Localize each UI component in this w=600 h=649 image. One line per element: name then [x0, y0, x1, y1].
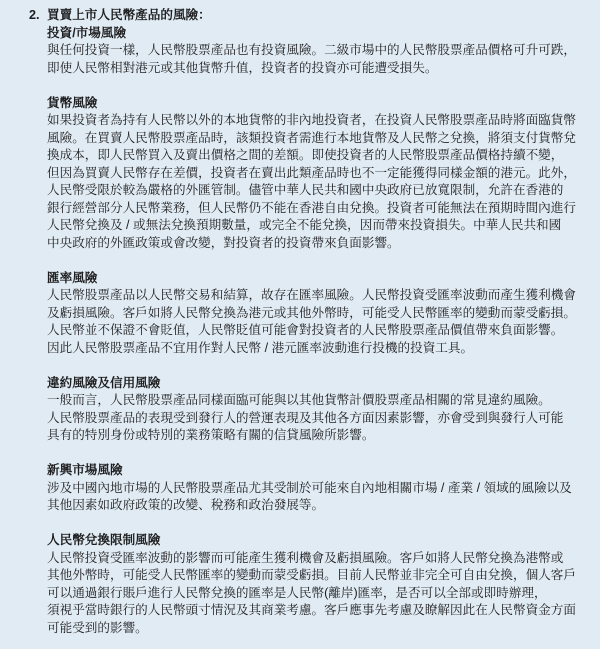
risk-section-2: 貨幣風險如果投資者為持有人民幣以外的本地貨幣的非內地投資者，在投資人民幣股票產品… — [47, 95, 585, 253]
risk-section-1: 投資/市場風險與任何投資一樣，人民幣股票產品也有投資風險。二級市場中的人民幣股票… — [47, 25, 585, 78]
item-content: 買賣上市人民幣產品的風險： 投資/市場風險與任何投資一樣，人民幣股票產品也有投資… — [47, 7, 585, 637]
section-body: 人民幣股票產品以人民幣交易和結算，故存在匯率風險。人民幣投資受匯率波動而產生獲利… — [47, 287, 585, 357]
section-body: 如果投資者為持有人民幣以外的本地貨幣的非內地投資者，在投資人民幣股票產品時將面臨… — [47, 112, 585, 252]
section-heading: 人民幣兌換限制風險 — [47, 532, 585, 550]
section-heading: 新興市場風險 — [47, 462, 585, 480]
section-heading: 貨幣風險 — [47, 95, 585, 113]
section-heading: 違約風險及信用風險 — [47, 375, 585, 393]
risk-section-3: 匯率風險人民幣股票產品以人民幣交易和結算，故存在匯率風險。人民幣投資受匯率波動而… — [47, 270, 585, 358]
section-body: 與任何投資一樣，人民幣股票產品也有投資風險。二級市場中的人民幣股票產品價格可升可… — [47, 42, 585, 77]
risk-section-5: 新興市場風險涉及中國內地市場的人民幣股票產品尤其受制於可能來自內地相關市場 / … — [47, 462, 585, 515]
section-body: 人民幣投資受匯率波動的影響而可能產生獲利機會及虧損風險。客戶如將人民幣兌換為港幣… — [47, 550, 585, 638]
section-heading: 匯率風險 — [47, 270, 585, 288]
numbered-item: 2. 買賣上市人民幣產品的風險： 投資/市場風險與任何投資一樣，人民幣股票產品也… — [29, 7, 585, 637]
risk-sections: 投資/市場風險與任何投資一樣，人民幣股票產品也有投資風險。二級市場中的人民幣股票… — [47, 25, 585, 638]
section-body: 涉及中國內地市場的人民幣股票產品尤其受制於可能來自內地相關市場 / 產業 / 領… — [47, 480, 585, 515]
document-title: 買賣上市人民幣產品的風險： — [47, 7, 585, 25]
section-body: 一般而言，人民幣股票產品同樣面臨可能與以其他貨幣計價股票產品相關的常見違約風險。… — [47, 392, 585, 445]
section-heading: 投資/市場風險 — [47, 25, 585, 43]
risk-section-6: 人民幣兌換限制風險人民幣投資受匯率波動的影響而可能產生獲利機會及虧損風險。客戶如… — [47, 532, 585, 637]
risk-section-4: 違約風險及信用風險一般而言，人民幣股票產品同樣面臨可能與以其他貨幣計價股票產品相… — [47, 375, 585, 445]
risk-disclosure-document: 2. 買賣上市人民幣產品的風險： 投資/市場風險與任何投資一樣，人民幣股票產品也… — [0, 0, 600, 637]
item-number: 2. — [29, 7, 47, 25]
